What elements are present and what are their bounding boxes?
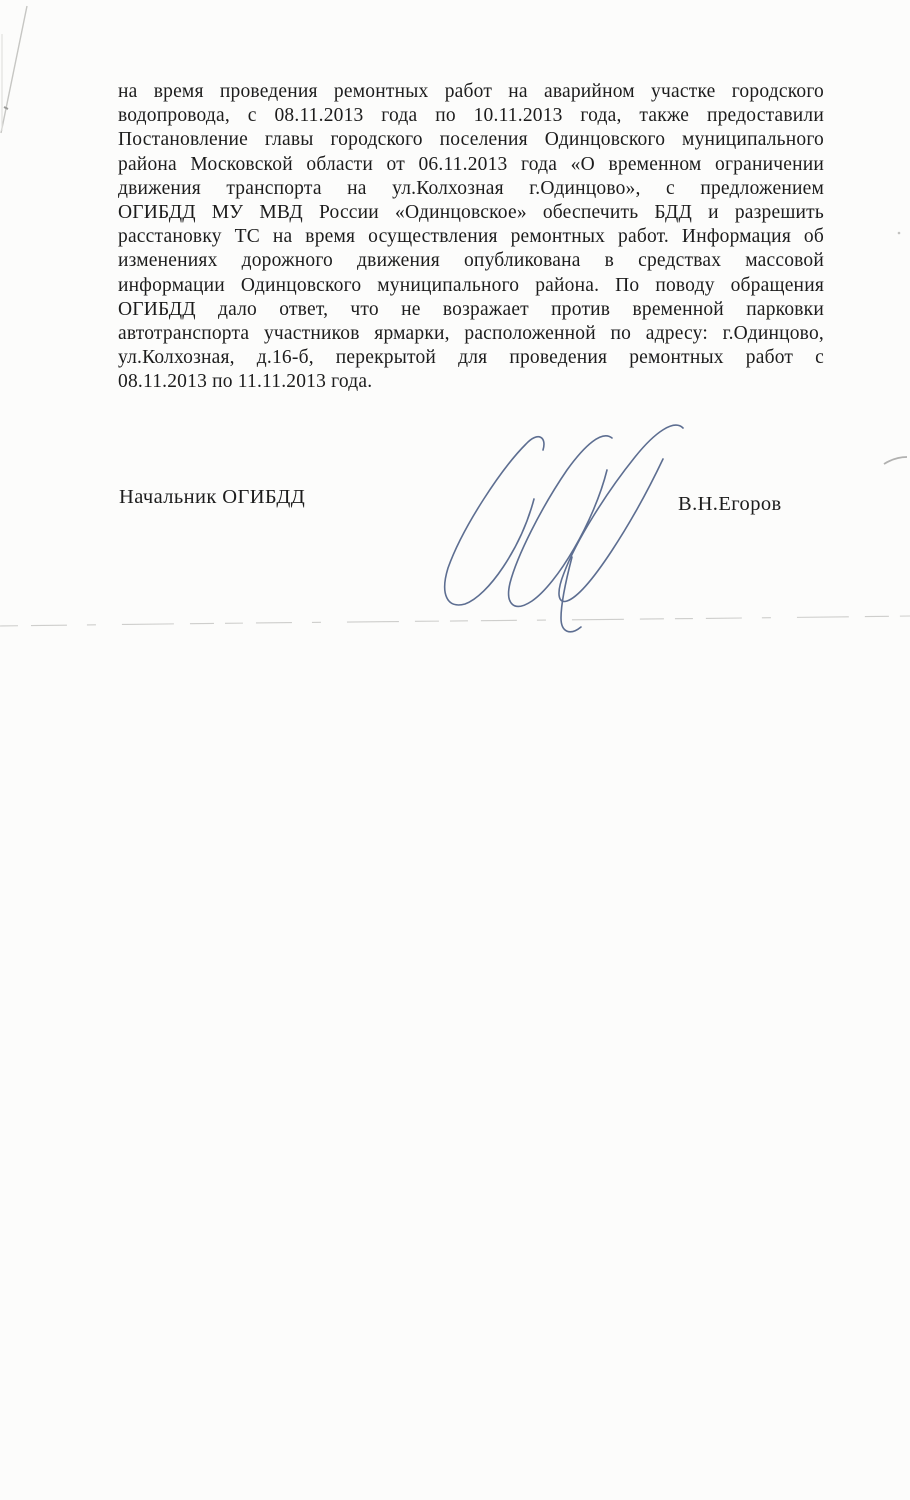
crease-line <box>0 616 910 626</box>
body-line: ОГИБДД МУ МВД России «Одинцовское» обесп… <box>118 201 824 225</box>
right-margin-speck <box>898 232 901 235</box>
signature-stroke-tail <box>561 557 581 632</box>
body-line: ОГИБДД дало ответ, что не возражает прот… <box>118 298 824 322</box>
signature-stroke-loop3 <box>559 425 683 601</box>
body-line: информации Одинцовского муниципального р… <box>118 274 824 298</box>
body-line: ул.Колхозная, д.16-б, перекрытой для про… <box>118 346 824 370</box>
body-line: Постановление главы городского поселения… <box>118 128 824 152</box>
body-line: на время проведения ремонтных работ на а… <box>118 80 824 104</box>
body-line: движения транспорта на ул.Колхозная г.Од… <box>118 177 824 201</box>
body-line: района Московской области от 06.11.2013 … <box>118 153 824 177</box>
body-line: автотранспорта участников ярмарки, распо… <box>118 322 824 346</box>
handwritten-signature-icon <box>445 425 683 632</box>
body-line: изменениях дорожного движения опубликова… <box>118 249 824 273</box>
body-line: расстановку ТС на время осуществления ре… <box>118 225 824 249</box>
signature-stroke-loop2 <box>509 436 612 607</box>
left-edge-speck <box>4 107 8 109</box>
letter-body-paragraph: на время проведения ремонтных работ на а… <box>118 80 824 395</box>
body-line: водопровода, с 08.11.2013 года по 10.11.… <box>118 104 824 128</box>
signature-stroke-loop1 <box>445 437 544 605</box>
signatory-name-label: В.Н.Егоров <box>678 493 782 516</box>
signatory-position-label: Начальник ОГИБДД <box>119 486 305 509</box>
corner-fold-line <box>1 6 27 133</box>
body-line: 08.11.2013 по 11.11.2013 года. <box>118 370 824 394</box>
right-margin-mark <box>884 457 907 464</box>
scanned-letter-page: на время проведения ремонтных работ на а… <box>0 0 910 1500</box>
